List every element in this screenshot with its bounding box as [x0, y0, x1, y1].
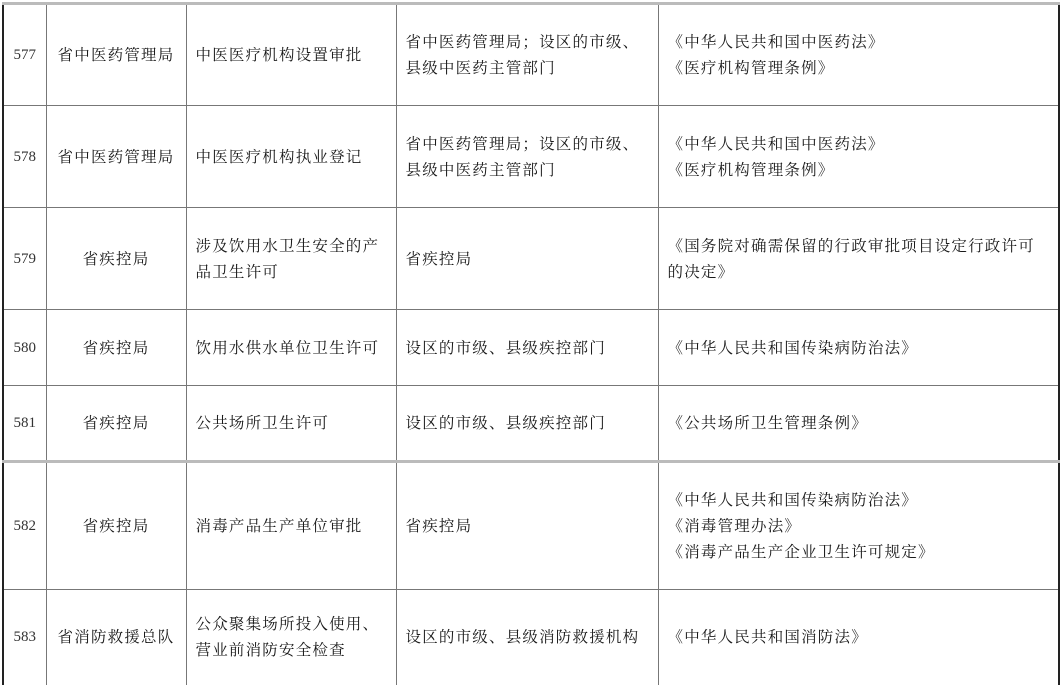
cell-line: 《国务院对确需保留的行政审批项目设定行政许可 — [668, 233, 1050, 259]
implementing-body-cell: 省中医药管理局；设区的市级、县级中医药主管部门 — [396, 4, 658, 106]
cell-line: 品卫生许可 — [196, 259, 387, 285]
legal-basis-cell: 《国务院对确需保留的行政审批项目设定行政许可的决定》 — [658, 208, 1059, 310]
department-cell: 省消防救援总队 — [46, 590, 186, 685]
row-number: 583 — [3, 590, 46, 685]
cell-line: 饮用水供水单位卫生许可 — [196, 335, 387, 361]
cell-line: 中医医疗机构执业登记 — [196, 144, 387, 170]
cell-line: 《医疗机构管理条例》 — [668, 55, 1050, 81]
permit-table: 577 省中医药管理局 中医医疗机构设置审批 省中医药管理局；设区的市级、县级中… — [2, 2, 1060, 685]
cell-line: 省疾控局 — [406, 513, 649, 539]
table-row: 583 省消防救援总队 公众聚集场所投入使用、营业前消防安全检查 设区的市级、县… — [3, 590, 1059, 685]
permit-item-cell: 消毒产品生产单位审批 — [186, 462, 396, 590]
permit-item-cell: 中医医疗机构设置审批 — [186, 4, 396, 106]
row-number: 580 — [3, 310, 46, 386]
table-row: 579 省疾控局 涉及饮用水卫生安全的产品卫生许可 省疾控局 《国务院对确需保留… — [3, 208, 1059, 310]
cell-line: 县级中医药主管部门 — [406, 55, 649, 81]
row-number: 577 — [3, 4, 46, 106]
implementing-body-cell: 设区的市级、县级消防救援机构 — [396, 590, 658, 685]
cell-line: 《消毒管理办法》 — [668, 513, 1050, 539]
implementing-body-cell: 省疾控局 — [396, 208, 658, 310]
permit-item-cell: 饮用水供水单位卫生许可 — [186, 310, 396, 386]
legal-basis-cell: 《中华人民共和国中医药法》《医疗机构管理条例》 — [658, 106, 1059, 208]
table-row: 582 省疾控局 消毒产品生产单位审批 省疾控局 《中华人民共和国传染病防治法》… — [3, 462, 1059, 590]
cell-line: 县级中医药主管部门 — [406, 157, 649, 183]
permit-item-cell: 公共场所卫生许可 — [186, 386, 396, 462]
cell-line: 公众聚集场所投入使用、 — [196, 611, 387, 637]
cell-line: 中医医疗机构设置审批 — [196, 42, 387, 68]
department-cell: 省疾控局 — [46, 310, 186, 386]
row-number: 581 — [3, 386, 46, 462]
department-cell: 省疾控局 — [46, 386, 186, 462]
cell-line: 省疾控局 — [406, 246, 649, 272]
table-row: 581 省疾控局 公共场所卫生许可 设区的市级、县级疾控部门 《公共场所卫生管理… — [3, 386, 1059, 462]
cell-line: 省中医药管理局；设区的市级、 — [406, 29, 649, 55]
implementing-body-cell: 设区的市级、县级疾控部门 — [396, 310, 658, 386]
cell-line: 《中华人民共和国中医药法》 — [668, 131, 1050, 157]
cell-line: 设区的市级、县级消防救援机构 — [406, 624, 649, 650]
department-cell: 省疾控局 — [46, 462, 186, 590]
row-number: 578 — [3, 106, 46, 208]
implementing-body-cell: 设区的市级、县级疾控部门 — [396, 386, 658, 462]
table-row: 580 省疾控局 饮用水供水单位卫生许可 设区的市级、县级疾控部门 《中华人民共… — [3, 310, 1059, 386]
implementing-body-cell: 省疾控局 — [396, 462, 658, 590]
cell-line: 省中医药管理局；设区的市级、 — [406, 131, 649, 157]
cell-line: 公共场所卫生许可 — [196, 410, 387, 436]
cell-line: 《中华人民共和国消防法》 — [668, 624, 1050, 650]
department-cell: 省疾控局 — [46, 208, 186, 310]
cell-line: 涉及饮用水卫生安全的产 — [196, 233, 387, 259]
row-number: 582 — [3, 462, 46, 590]
permit-item-cell: 中医医疗机构执业登记 — [186, 106, 396, 208]
legal-basis-cell: 《中华人民共和国传染病防治法》《消毒管理办法》《消毒产品生产企业卫生许可规定》 — [658, 462, 1059, 590]
cell-line: 营业前消防安全检查 — [196, 637, 387, 663]
cell-line: 《消毒产品生产企业卫生许可规定》 — [668, 539, 1050, 565]
table-row: 577 省中医药管理局 中医医疗机构设置审批 省中医药管理局；设区的市级、县级中… — [3, 4, 1059, 106]
cell-line: 《中华人民共和国中医药法》 — [668, 29, 1050, 55]
cell-line: 消毒产品生产单位审批 — [196, 513, 387, 539]
permit-table-body: 577 省中医药管理局 中医医疗机构设置审批 省中医药管理局；设区的市级、县级中… — [3, 4, 1059, 685]
table-row: 578 省中医药管理局 中医医疗机构执业登记 省中医药管理局；设区的市级、县级中… — [3, 106, 1059, 208]
cell-line: 《中华人民共和国传染病防治法》 — [668, 487, 1050, 513]
legal-basis-cell: 《中华人民共和国传染病防治法》 — [658, 310, 1059, 386]
cell-line: 的决定》 — [668, 259, 1050, 285]
cell-line: 《公共场所卫生管理条例》 — [668, 410, 1050, 436]
department-cell: 省中医药管理局 — [46, 106, 186, 208]
implementing-body-cell: 省中医药管理局；设区的市级、县级中医药主管部门 — [396, 106, 658, 208]
permit-item-cell: 公众聚集场所投入使用、营业前消防安全检查 — [186, 590, 396, 685]
cell-line: 设区的市级、县级疾控部门 — [406, 410, 649, 436]
cell-line: 《医疗机构管理条例》 — [668, 157, 1050, 183]
legal-basis-cell: 《中华人民共和国中医药法》《医疗机构管理条例》 — [658, 4, 1059, 106]
permit-item-cell: 涉及饮用水卫生安全的产品卫生许可 — [186, 208, 396, 310]
legal-basis-cell: 《中华人民共和国消防法》 — [658, 590, 1059, 685]
cell-line: 《中华人民共和国传染病防治法》 — [668, 335, 1050, 361]
department-cell: 省中医药管理局 — [46, 4, 186, 106]
legal-basis-cell: 《公共场所卫生管理条例》 — [658, 386, 1059, 462]
cell-line: 设区的市级、县级疾控部门 — [406, 335, 649, 361]
row-number: 579 — [3, 208, 46, 310]
